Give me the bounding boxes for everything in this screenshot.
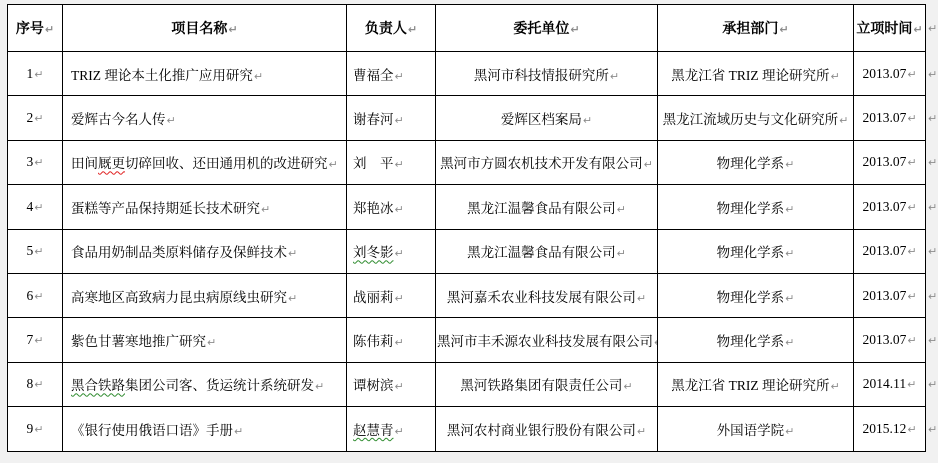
cell-department[interactable]: 物理化学系↵ bbox=[658, 140, 854, 184]
cell-leader[interactable]: 刘 平↵ bbox=[347, 140, 436, 184]
cell-text: 1 bbox=[27, 66, 34, 81]
cell-approval-date[interactable]: 2013.07↵ bbox=[854, 96, 926, 140]
cell-no[interactable]: 7↵ bbox=[8, 318, 63, 362]
paragraph-mark-icon: ↵ bbox=[907, 156, 916, 169]
cell-department[interactable]: 物理化学系↵ bbox=[658, 185, 854, 229]
cell-project-name[interactable]: 黑合铁路集团公司客、货运统计系统研发↵ bbox=[63, 362, 347, 406]
paragraph-mark-icon: ↵ bbox=[654, 336, 658, 349]
paragraph-mark-icon: ↵ bbox=[167, 114, 176, 127]
cell-leader[interactable]: 战丽莉↵ bbox=[347, 273, 436, 317]
cell-department[interactable]: 物理化学系↵ bbox=[658, 273, 854, 317]
cell-client-unit[interactable]: 黑龙江温馨食品有限公司↵ bbox=[436, 229, 658, 273]
end-of-row-mark-icon: ↵ bbox=[928, 185, 938, 229]
paragraph-mark-icon: ↵ bbox=[45, 23, 54, 36]
cell-text: 6 bbox=[27, 288, 34, 303]
column-header-project-name[interactable]: 项目名称↵ bbox=[63, 5, 347, 52]
table-row: 3↵田间厩更切碎回收、还田通用机的改进研究↵刘 平↵黑河市方圆农机技术开发有限公… bbox=[8, 140, 926, 184]
paragraph-mark-icon: ↵ bbox=[329, 158, 338, 171]
paragraph-mark-icon: ↵ bbox=[623, 380, 632, 393]
document-page: { "formatting_marks": { "glyph": "↵" }, … bbox=[0, 0, 938, 463]
cell-text: 2013.07 bbox=[862, 288, 906, 303]
cell-client-unit[interactable]: 爱辉区档案局↵ bbox=[436, 96, 658, 140]
paragraph-mark-icon: ↵ bbox=[395, 292, 404, 305]
paragraph-mark-icon: ↵ bbox=[831, 70, 840, 83]
paragraph-mark-icon: ↵ bbox=[785, 247, 794, 260]
table-row: 8↵黑合铁路集团公司客、货运统计系统研发↵谭树滨↵黑河铁路集团有限责任公司↵黑龙… bbox=[8, 362, 926, 406]
cell-approval-date[interactable]: 2013.07↵ bbox=[854, 52, 926, 96]
paragraph-mark-icon: ↵ bbox=[34, 334, 43, 347]
paragraph-mark-icon: ↵ bbox=[395, 336, 404, 349]
paragraph-mark-icon: ↵ bbox=[583, 114, 592, 127]
paragraph-mark-icon: ↵ bbox=[408, 23, 417, 36]
column-header-client-unit[interactable]: 委托单位↵ bbox=[436, 5, 658, 52]
cell-text-segment: 紫色甘薯寒地推广研究 bbox=[71, 334, 206, 349]
end-of-row-mark-icon: ↵ bbox=[928, 141, 938, 185]
cell-text-segment: 刘冬影 bbox=[353, 245, 394, 260]
paragraph-mark-icon: ↵ bbox=[207, 336, 216, 349]
end-of-row-mark-icon: ↵ bbox=[928, 52, 938, 96]
paragraph-mark-icon: ↵ bbox=[617, 203, 626, 216]
cell-text: 2013.07 bbox=[862, 66, 906, 81]
cell-text: 2013.07 bbox=[862, 332, 906, 347]
end-of-row-marks-rail: ↵↵↵↵↵↵↵↵↵↵ bbox=[928, 4, 938, 452]
cell-client-unit[interactable]: 黑龙江温馨食品有限公司↵ bbox=[436, 185, 658, 229]
cell-project-name[interactable]: 田间厩更切碎回收、还田通用机的改进研究↵ bbox=[63, 140, 347, 184]
table-header-row: 序号↵项目名称↵负责人↵委托单位↵承担部门↵立项时间↵ bbox=[8, 5, 926, 52]
column-header-leader[interactable]: 负责人↵ bbox=[347, 5, 436, 52]
cell-text: 黑河市科技情报研究所 bbox=[474, 68, 609, 83]
cell-approval-date[interactable]: 2013.07↵ bbox=[854, 140, 926, 184]
paragraph-mark-icon: ↵ bbox=[395, 203, 404, 216]
cell-text-segment: 赵慧青 bbox=[353, 423, 394, 438]
cell-client-unit[interactable]: 黑河市方圆农机技术开发有限公司↵ bbox=[436, 140, 658, 184]
paragraph-mark-icon: ↵ bbox=[34, 423, 43, 436]
cell-department[interactable]: 物理化学系↵ bbox=[658, 229, 854, 273]
cell-no[interactable]: 1↵ bbox=[8, 52, 63, 96]
paragraph-mark-icon: ↵ bbox=[288, 292, 297, 305]
end-of-row-mark-icon: ↵ bbox=[928, 274, 938, 318]
cell-text: 黑河市方圆农机技术开发有限公司 bbox=[440, 156, 643, 171]
paragraph-mark-icon: ↵ bbox=[234, 425, 243, 438]
paragraph-mark-icon: ↵ bbox=[785, 425, 794, 438]
paragraph-mark-icon: ↵ bbox=[617, 247, 626, 260]
cell-text: 爱辉区档案局 bbox=[501, 112, 582, 127]
paragraph-mark-icon: ↵ bbox=[785, 203, 794, 216]
end-of-row-mark-icon: ↵ bbox=[928, 318, 938, 362]
column-header-label: 立项时间 bbox=[856, 22, 912, 37]
table-row: 2↵爱辉古今名人传↵谢春河↵爱辉区档案局↵黑龙江流域历史与文化研究所↵2013.… bbox=[8, 96, 926, 140]
end-of-row-mark-icon: ↵ bbox=[928, 230, 938, 274]
table-row: 序号↵项目名称↵负责人↵委托单位↵承担部门↵立项时间↵ bbox=[8, 5, 926, 52]
cell-no[interactable]: 4↵ bbox=[8, 185, 63, 229]
cell-no[interactable]: 3↵ bbox=[8, 140, 63, 184]
paragraph-mark-icon: ↵ bbox=[785, 336, 794, 349]
cell-text-segment: 陈伟莉 bbox=[353, 334, 394, 349]
cell-approval-date[interactable]: 2013.07↵ bbox=[854, 229, 926, 273]
paragraph-mark-icon: ↵ bbox=[34, 378, 43, 391]
paragraph-mark-icon: ↵ bbox=[913, 23, 922, 36]
end-of-row-mark-icon: ↵ bbox=[928, 363, 938, 407]
column-header-approval-date[interactable]: 立项时间↵ bbox=[854, 5, 926, 52]
projects-table: 序号↵项目名称↵负责人↵委托单位↵承担部门↵立项时间↵ 1↵TRIZ 理论本土化… bbox=[7, 4, 926, 452]
paragraph-mark-icon: ↵ bbox=[34, 156, 43, 169]
column-header-no[interactable]: 序号↵ bbox=[8, 5, 63, 52]
cell-text-segment: 蛋糕等产品保持期延长技术研究 bbox=[71, 201, 260, 216]
cell-project-name[interactable]: 紫色甘薯寒地推广研究↵ bbox=[63, 318, 347, 362]
cell-leader[interactable]: 郑艳冰↵ bbox=[347, 185, 436, 229]
cell-text-segment: 谭树滨 bbox=[353, 378, 394, 393]
cell-text-segment: 爱辉古今名人传 bbox=[71, 112, 166, 127]
end-of-row-mark-icon: ↵ bbox=[928, 407, 938, 451]
paragraph-mark-icon: ↵ bbox=[839, 114, 848, 127]
cell-text: 物理化学系 bbox=[717, 290, 785, 305]
column-header-label: 项目名称 bbox=[171, 22, 227, 37]
cell-text: 2014.11 bbox=[863, 376, 906, 391]
paragraph-mark-icon: ↵ bbox=[907, 201, 916, 214]
cell-text: 黑龙江省 TRIZ 理论研究所 bbox=[671, 68, 829, 83]
cell-leader[interactable]: 赵慧青↵ bbox=[347, 407, 436, 451]
cell-text-segment: 黑合铁路 bbox=[71, 378, 125, 393]
table-row: 6↵高寒地区高致病力昆虫病原线虫研究↵战丽莉↵黑河嘉禾农业科技发展有限公司↵物理… bbox=[8, 273, 926, 317]
cell-text: 7 bbox=[27, 332, 34, 347]
cell-text: 黑河铁路集团有限责任公司 bbox=[460, 378, 622, 393]
cell-text: 2015.12 bbox=[862, 421, 906, 436]
cell-text-segment: 高寒地区高致病力昆虫病原线虫研究 bbox=[71, 290, 287, 305]
cell-leader[interactable]: 谢春河↵ bbox=[347, 96, 436, 140]
table-row: 1↵TRIZ 理论本土化推广应用研究↵曹福全↵黑河市科技情报研究所↵黑龙江省 T… bbox=[8, 52, 926, 96]
paragraph-mark-icon: ↵ bbox=[254, 70, 263, 83]
paragraph-mark-icon: ↵ bbox=[610, 70, 619, 83]
cell-text-segment: 谢春河 bbox=[353, 112, 394, 127]
paragraph-mark-icon: ↵ bbox=[34, 245, 43, 258]
paragraph-mark-icon: ↵ bbox=[34, 112, 43, 125]
cell-client-unit[interactable]: 黑河市丰禾源农业科技发展有限公司↵ bbox=[436, 318, 658, 362]
cell-department[interactable]: 物理化学系↵ bbox=[658, 318, 854, 362]
cell-text: 物理化学系 bbox=[717, 334, 785, 349]
cell-no[interactable]: 6↵ bbox=[8, 273, 63, 317]
cell-text: 黑龙江温馨食品有限公司 bbox=[467, 201, 616, 216]
cell-text-segment: 郑艳冰 bbox=[353, 201, 394, 216]
cell-no[interactable]: 5↵ bbox=[8, 229, 63, 273]
paragraph-mark-icon: ↵ bbox=[288, 247, 297, 260]
paragraph-mark-icon: ↵ bbox=[785, 158, 794, 171]
cell-text: 2 bbox=[27, 110, 34, 125]
cell-text: 2013.07 bbox=[862, 199, 906, 214]
cell-text: 9 bbox=[27, 421, 34, 436]
cell-text-segment: 《银行使用俄语口语》手册 bbox=[71, 423, 233, 438]
paragraph-mark-icon: ↵ bbox=[395, 158, 404, 171]
paragraph-mark-icon: ↵ bbox=[395, 70, 404, 83]
paragraph-mark-icon: ↵ bbox=[570, 23, 579, 36]
cell-text: 8 bbox=[27, 376, 34, 391]
cell-client-unit[interactable]: 黑河铁路集团有限责任公司↵ bbox=[436, 362, 658, 406]
paragraph-mark-icon: ↵ bbox=[228, 23, 237, 36]
cell-department[interactable]: 黑龙江省 TRIZ 理论研究所↵ bbox=[658, 362, 854, 406]
table-row: 4↵蛋糕等产品保持期延长技术研究↵郑艳冰↵黑龙江温馨食品有限公司↵物理化学系↵2… bbox=[8, 185, 926, 229]
cell-text-segment: 曹福全 bbox=[353, 68, 394, 83]
paragraph-mark-icon: ↵ bbox=[395, 425, 404, 438]
column-header-label: 承担部门 bbox=[722, 22, 778, 37]
cell-leader[interactable]: 曹福全↵ bbox=[347, 52, 436, 96]
cell-approval-date[interactable]: 2013.07↵ bbox=[854, 185, 926, 229]
table-row: 7↵紫色甘薯寒地推广研究↵陈伟莉↵黑河市丰禾源农业科技发展有限公司↵物理化学系↵… bbox=[8, 318, 926, 362]
cell-text: 黑龙江省 TRIZ 理论研究所 bbox=[671, 378, 829, 393]
paragraph-mark-icon: ↵ bbox=[261, 203, 270, 216]
paragraph-mark-icon: ↵ bbox=[785, 292, 794, 305]
cell-text: 黑河农村商业银行股份有限公司 bbox=[447, 423, 636, 438]
cell-project-name[interactable]: 食品用奶制品类原料储存及保鲜技术↵ bbox=[63, 229, 347, 273]
cell-department[interactable]: 黑龙江流域历史与文化研究所↵ bbox=[658, 96, 854, 140]
paragraph-mark-icon: ↵ bbox=[315, 380, 324, 393]
cell-text-segment: 食品用奶制品类原料储存及保鲜技术 bbox=[71, 245, 287, 260]
cell-no[interactable]: 8↵ bbox=[8, 362, 63, 406]
cell-text: 2013.07 bbox=[862, 154, 906, 169]
cell-text: 黑河嘉禾农业科技发展有限公司 bbox=[447, 290, 636, 305]
cell-project-name[interactable]: 蛋糕等产品保持期延长技术研究↵ bbox=[63, 185, 347, 229]
column-header-label: 委托单位 bbox=[513, 22, 569, 37]
cell-leader[interactable]: 谭树滨↵ bbox=[347, 362, 436, 406]
cell-project-name[interactable]: 高寒地区高致病力昆虫病原线虫研究↵ bbox=[63, 273, 347, 317]
paragraph-mark-icon: ↵ bbox=[34, 201, 43, 214]
cell-text: 外国语学院 bbox=[717, 423, 785, 438]
paragraph-mark-icon: ↵ bbox=[907, 112, 916, 125]
paragraph-mark-icon: ↵ bbox=[34, 68, 43, 81]
cell-text: 黑龙江温馨食品有限公司 bbox=[467, 245, 616, 260]
cell-text: 物理化学系 bbox=[717, 245, 785, 260]
paragraph-mark-icon: ↵ bbox=[907, 290, 916, 303]
cell-text: 2013.07 bbox=[862, 110, 906, 125]
paragraph-mark-icon: ↵ bbox=[831, 380, 840, 393]
cell-text-segment: 厩更 bbox=[98, 156, 125, 171]
cell-text-segment: 集团公司客、货运统计系统研发 bbox=[125, 378, 314, 393]
paragraph-mark-icon: ↵ bbox=[907, 334, 916, 347]
cell-approval-date[interactable]: 2013.07↵ bbox=[854, 318, 926, 362]
cell-department[interactable]: 外国语学院↵ bbox=[658, 407, 854, 451]
column-header-department[interactable]: 承担部门↵ bbox=[658, 5, 854, 52]
cell-text: 黑河市丰禾源农业科技发展有限公司 bbox=[437, 334, 653, 349]
column-header-label: 负责人 bbox=[365, 22, 407, 37]
paragraph-mark-icon: ↵ bbox=[395, 114, 404, 127]
cell-text-segment: 田间 bbox=[71, 156, 98, 171]
paragraph-mark-icon: ↵ bbox=[907, 423, 916, 436]
table-row: 5↵食品用奶制品类原料储存及保鲜技术↵刘冬影↵黑龙江温馨食品有限公司↵物理化学系… bbox=[8, 229, 926, 273]
cell-text-segment: 切碎回收、还田通用机的改进研究 bbox=[125, 156, 328, 171]
cell-text: 物理化学系 bbox=[717, 156, 785, 171]
paragraph-mark-icon: ↵ bbox=[779, 23, 788, 36]
cell-text: 2013.07 bbox=[862, 243, 906, 258]
column-header-label: 序号 bbox=[16, 22, 44, 37]
cell-no[interactable]: 2↵ bbox=[8, 96, 63, 140]
paragraph-mark-icon: ↵ bbox=[907, 68, 916, 81]
cell-text: 物理化学系 bbox=[717, 201, 785, 216]
paragraph-mark-icon: ↵ bbox=[637, 425, 646, 438]
cell-client-unit[interactable]: 黑河市科技情报研究所↵ bbox=[436, 52, 658, 96]
cell-project-name[interactable]: 爱辉古今名人传↵ bbox=[63, 96, 347, 140]
paragraph-mark-icon: ↵ bbox=[907, 378, 916, 391]
paragraph-mark-icon: ↵ bbox=[395, 380, 404, 393]
cell-no[interactable]: 9↵ bbox=[8, 407, 63, 451]
end-of-row-mark-icon: ↵ bbox=[928, 96, 938, 140]
paragraph-mark-icon: ↵ bbox=[644, 158, 653, 171]
cell-text-segment: 刘 平 bbox=[353, 156, 394, 171]
cell-text: 4 bbox=[27, 199, 34, 214]
cell-project-name[interactable]: TRIZ 理论本土化推广应用研究↵ bbox=[63, 52, 347, 96]
cell-approval-date[interactable]: 2014.11↵ bbox=[854, 362, 926, 406]
cell-client-unit[interactable]: 黑河嘉禾农业科技发展有限公司↵ bbox=[436, 273, 658, 317]
cell-department[interactable]: 黑龙江省 TRIZ 理论研究所↵ bbox=[658, 52, 854, 96]
cell-text: 3 bbox=[27, 154, 34, 169]
table-row: 9↵《银行使用俄语口语》手册↵赵慧青↵黑河农村商业银行股份有限公司↵外国语学院↵… bbox=[8, 407, 926, 451]
cell-approval-date[interactable]: 2013.07↵ bbox=[854, 273, 926, 317]
cell-leader[interactable]: 刘冬影↵ bbox=[347, 229, 436, 273]
cell-text: 黑龙江流域历史与文化研究所 bbox=[663, 112, 839, 127]
cell-approval-date[interactable]: 2015.12↵ bbox=[854, 407, 926, 451]
cell-leader[interactable]: 陈伟莉↵ bbox=[347, 318, 436, 362]
end-of-row-mark-icon: ↵ bbox=[928, 4, 938, 52]
cell-project-name[interactable]: 《银行使用俄语口语》手册↵ bbox=[63, 407, 347, 451]
paragraph-mark-icon: ↵ bbox=[395, 247, 404, 260]
cell-text: 5 bbox=[27, 243, 34, 258]
paragraph-mark-icon: ↵ bbox=[637, 292, 646, 305]
cell-client-unit[interactable]: 黑河农村商业银行股份有限公司↵ bbox=[436, 407, 658, 451]
paragraph-mark-icon: ↵ bbox=[907, 245, 916, 258]
cell-text-segment: TRIZ 理论本土化推广应用研究 bbox=[71, 68, 253, 83]
cell-text-segment: 战丽莉 bbox=[353, 290, 394, 305]
paragraph-mark-icon: ↵ bbox=[34, 290, 43, 303]
